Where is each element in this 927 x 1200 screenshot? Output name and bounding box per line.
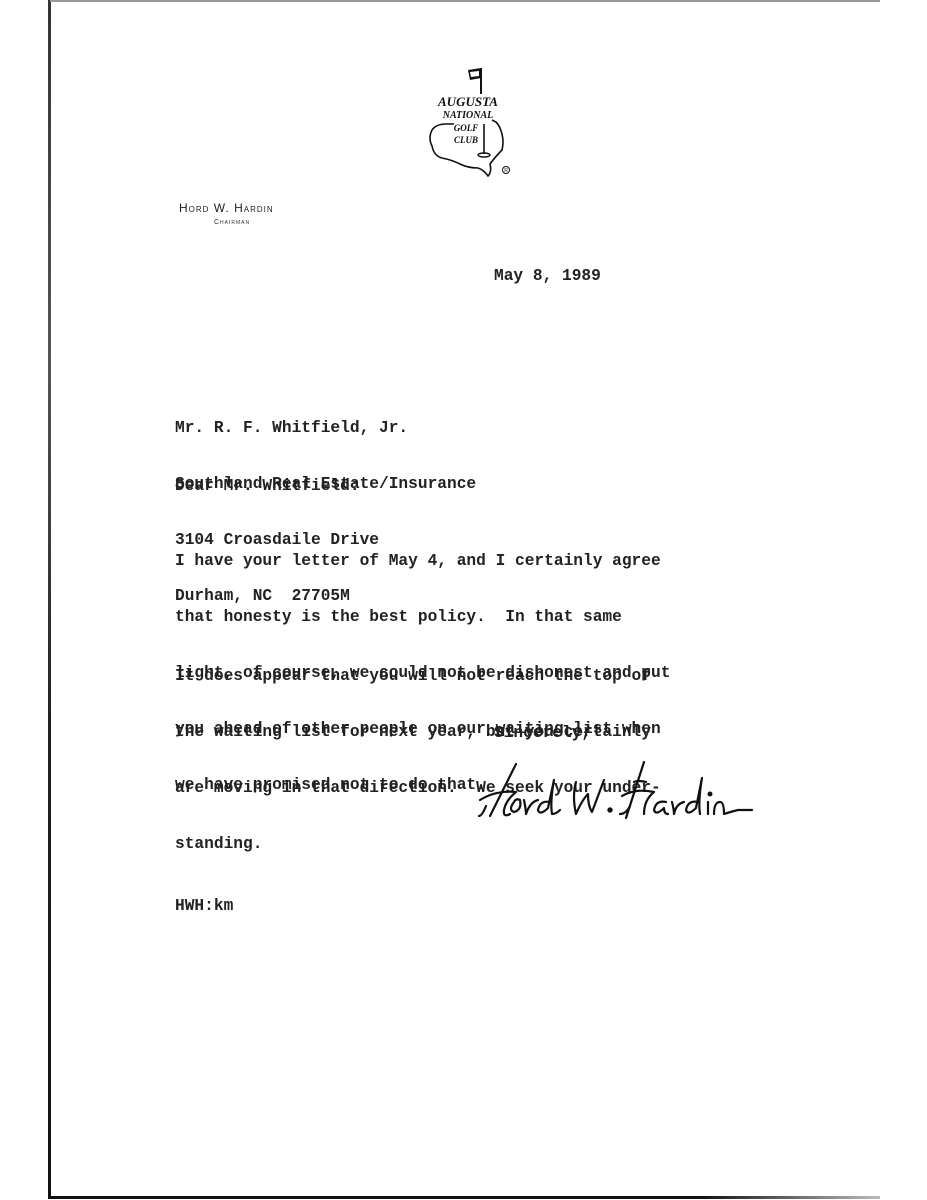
reference-initials: HWH:km [175,897,233,916]
svg-text:R: R [504,168,508,174]
letter-page: AUGUSTA NATIONAL GOLF CLUB R Hord W. Har… [0,0,927,1200]
closing: Sincerely, [494,724,591,743]
recipient-name: Mr. R. F. Whitfield, Jr. [175,419,476,438]
handwritten-signature-icon [476,760,756,830]
letterhead-title: Chairman [214,219,250,226]
page-left-edge [48,0,51,1198]
body-line: that honesty is the best policy. In that… [175,608,670,627]
logo-text-club: CLUB [454,135,478,145]
logo-text-golf: GOLF [454,123,479,133]
body-line: It does appear that you will not reach t… [175,667,661,686]
letterhead-name: Hord W. Hardin [179,201,274,215]
body-line: I have your letter of May 4, and I certa… [175,552,670,571]
letter-date: May 8, 1989 [494,267,601,286]
augusta-national-logo-icon: AUGUSTA NATIONAL GOLF CLUB R [418,64,518,178]
logo-text-national: NATIONAL [442,110,494,121]
body-line: standing. [175,835,661,854]
page-top-edge [50,0,880,2]
logo-text-augusta: AUGUSTA [437,94,498,109]
salutation: Dear Mr. Whitfield: [175,477,360,496]
page-bottom-edge-fade [700,1196,880,1199]
